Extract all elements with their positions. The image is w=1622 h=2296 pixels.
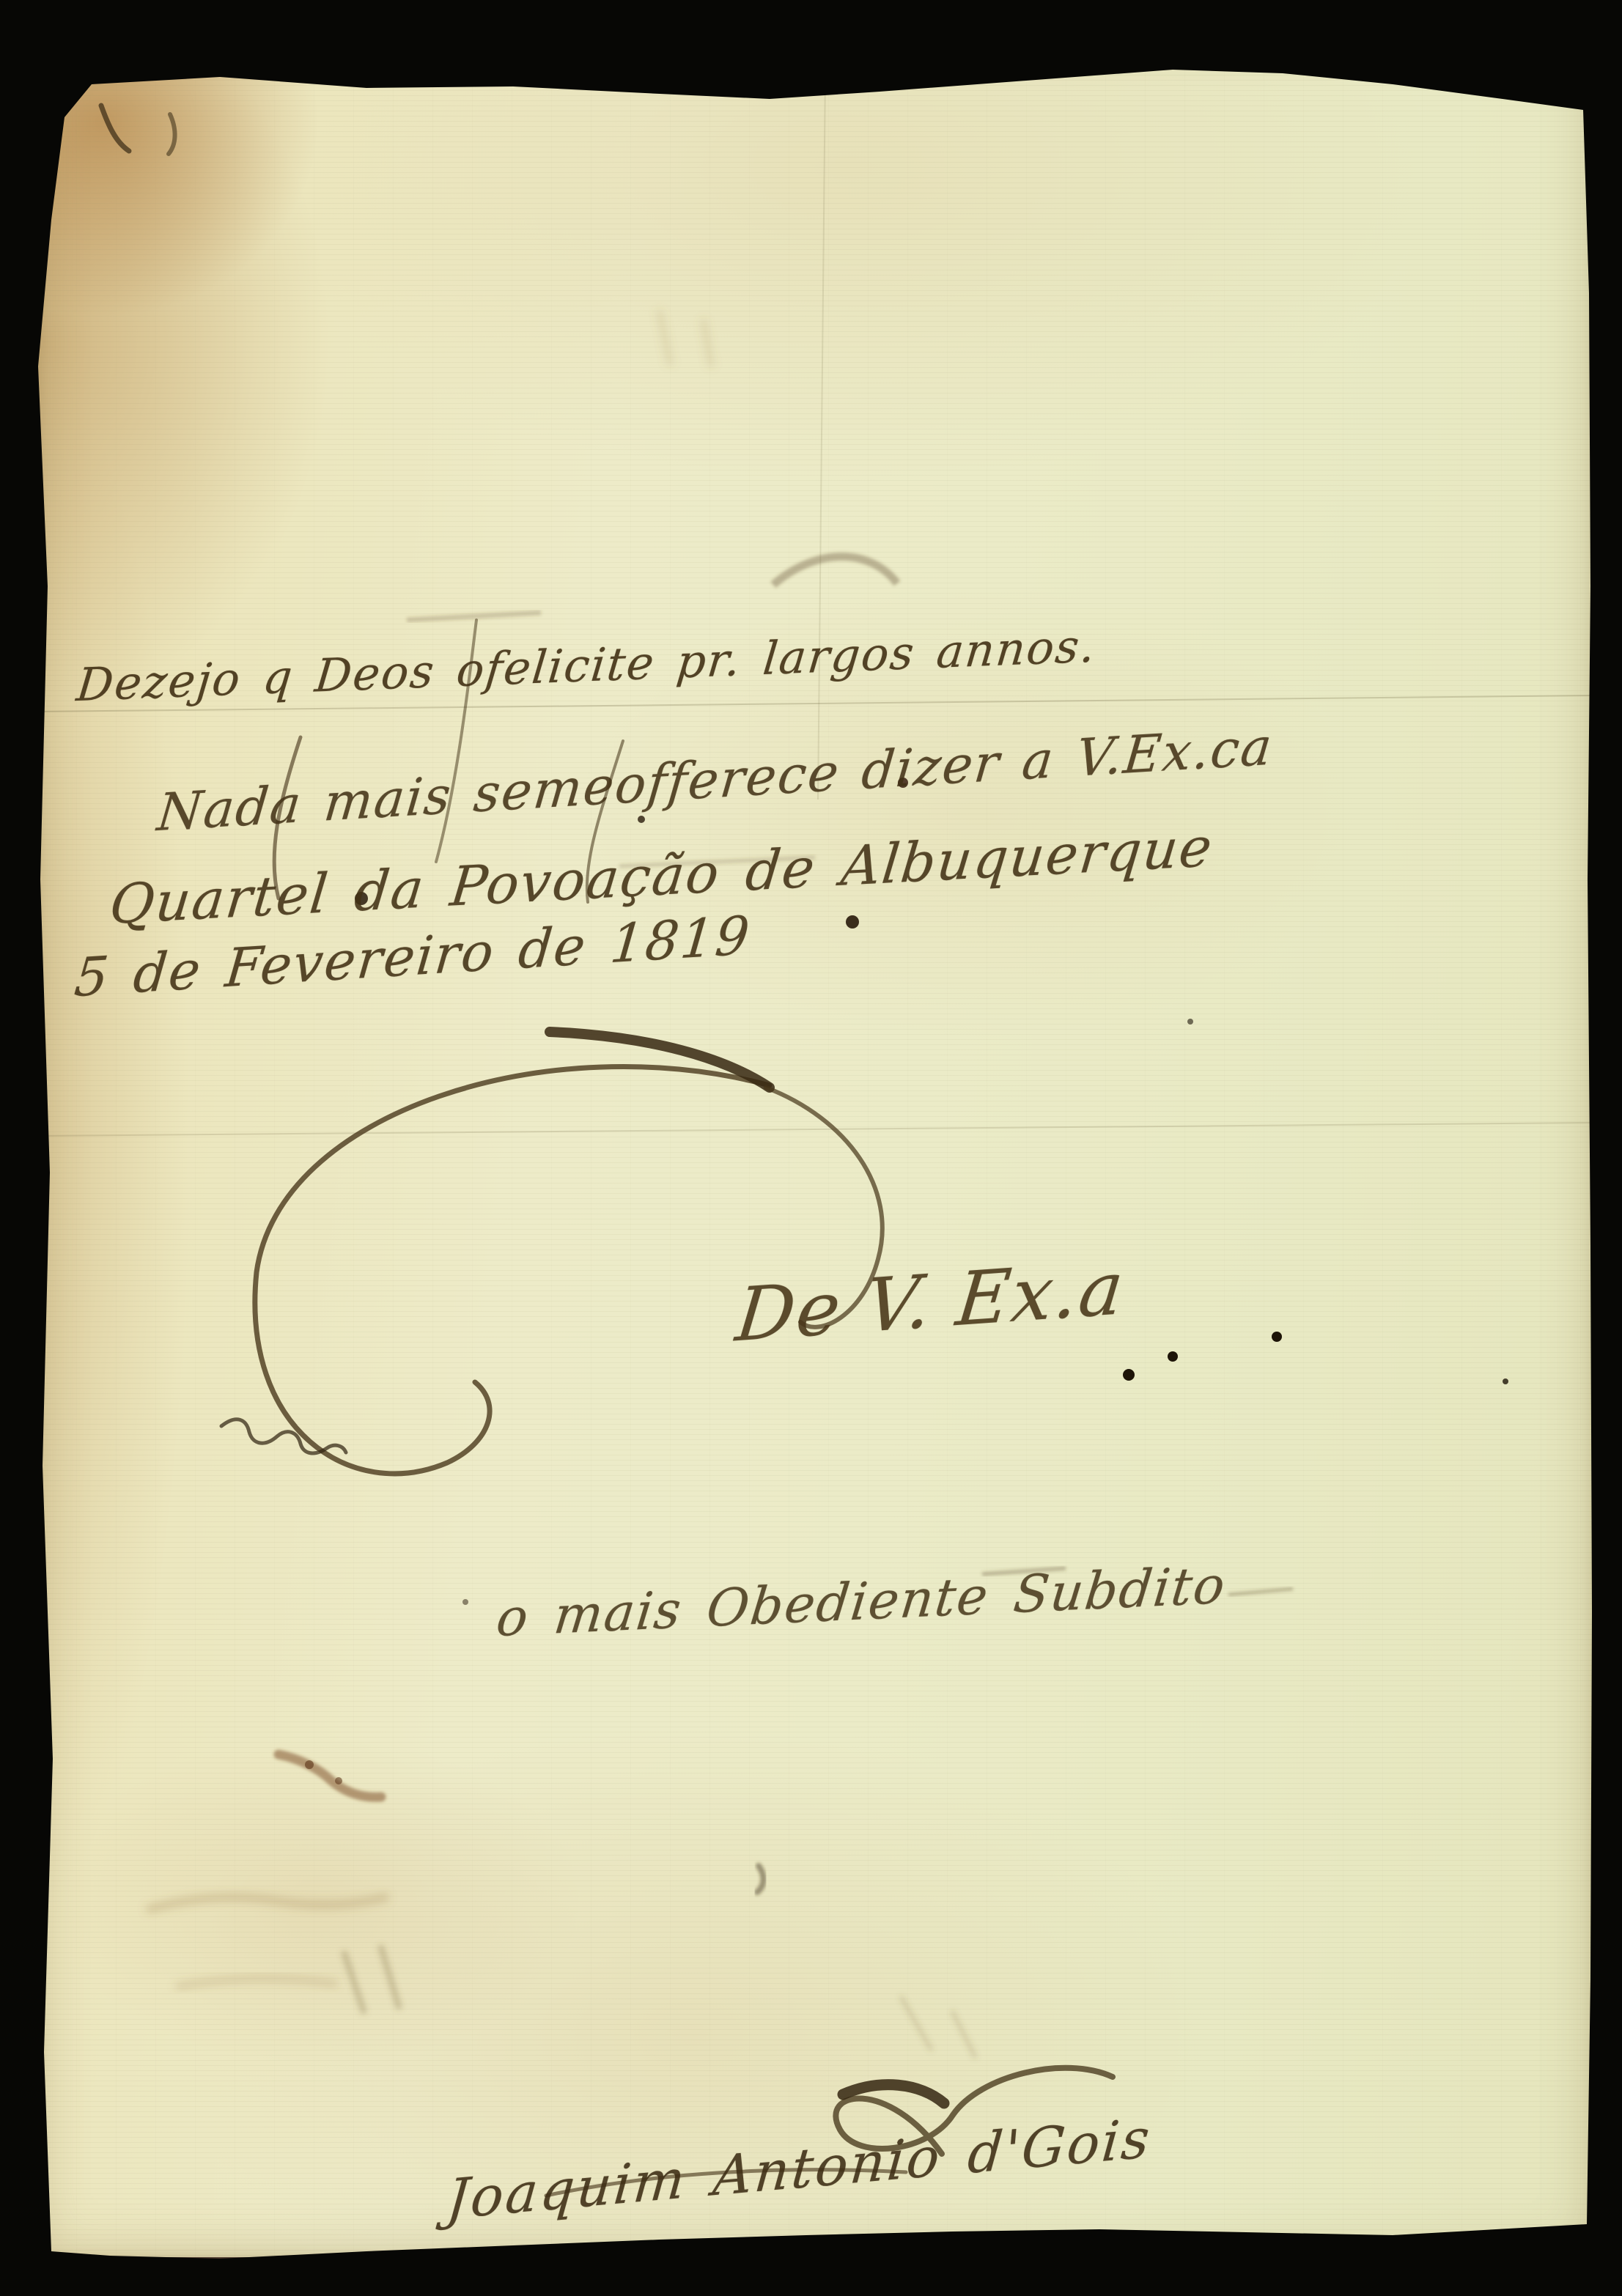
rust-speck <box>305 1760 314 1769</box>
vertical-fold-crease <box>818 72 825 800</box>
ink-blot <box>638 816 645 823</box>
photo-background: Dezejo q Deos ofelicite pr. largos annos… <box>0 0 1622 2296</box>
ink-smear <box>407 613 541 620</box>
ink-dot <box>1503 1378 1508 1384</box>
ink-squiggle <box>169 114 175 154</box>
ink-dot <box>462 1599 468 1605</box>
bleedthrough-ghost <box>147 1897 388 1910</box>
ink-squiggle <box>101 106 129 151</box>
ink-marks-layer <box>37 34 1593 2257</box>
arc-smudge <box>773 556 897 585</box>
flourish-oval <box>255 1067 770 1474</box>
rust-speck <box>335 1777 342 1784</box>
bleedthrough-ghost <box>660 312 711 365</box>
ink-dot <box>1168 1351 1178 1362</box>
bleedthrough-ghost <box>344 1948 399 2011</box>
horizontal-crease <box>37 1123 1592 1136</box>
small-smudge <box>757 1866 764 1892</box>
rust-blotch <box>279 1754 381 1797</box>
ink-dot <box>1187 1019 1193 1025</box>
ink-blot <box>846 915 859 929</box>
ink-dot <box>1123 1369 1135 1381</box>
zigzag-scribble <box>221 1420 346 1453</box>
letter-paper: Dezejo q Deos ofelicite pr. largos annos… <box>37 34 1593 2257</box>
ink-smear <box>1228 1589 1293 1595</box>
bleedthrough-ghost <box>902 1998 975 2056</box>
ink-dot <box>1272 1332 1282 1342</box>
bleedthrough-ghost <box>176 1979 337 1987</box>
